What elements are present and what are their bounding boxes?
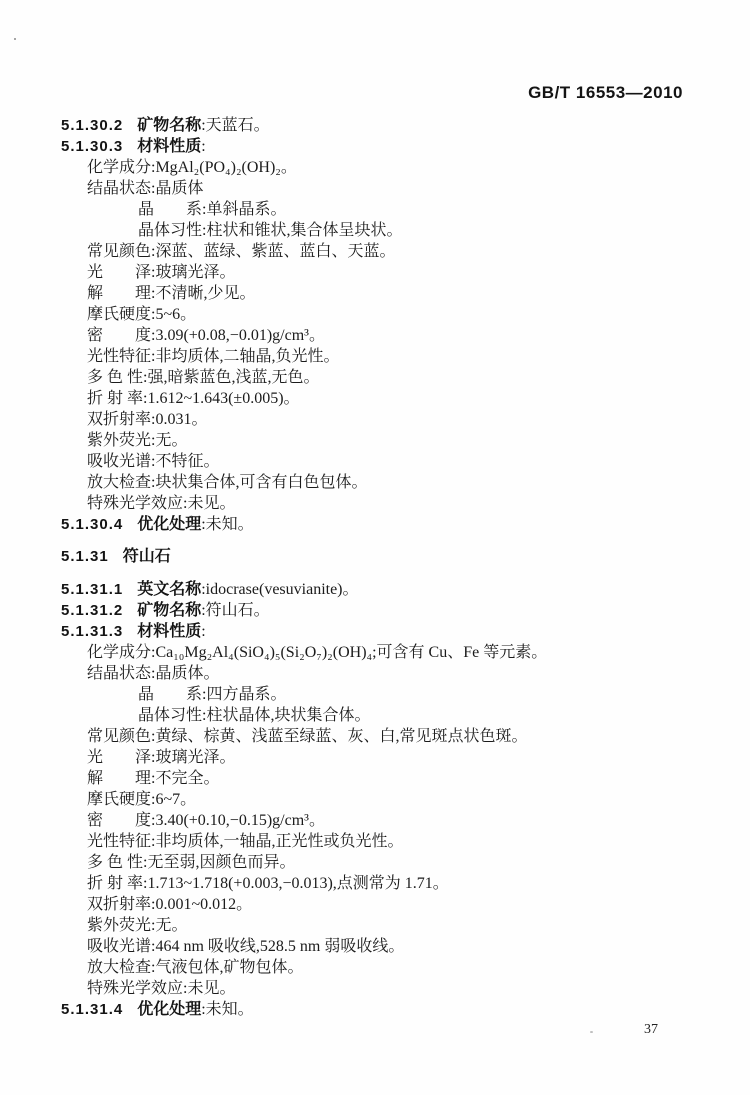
property-text: 双折射率:0.001~0.012。 [87, 896, 252, 913]
clause-title: 英文名称 [137, 581, 201, 598]
clause-title: 矿物名称 [137, 602, 201, 619]
clause-line: 5.1.31.2矿物名称:符山石。 [0, 600, 750, 621]
document-body: 5.1.30.2矿物名称:天蓝石。 5.1.30.3材料性质: 化学成分:MgA… [0, 115, 750, 1020]
clause-line: 5.1.30.4优化处理:未知。 [0, 514, 750, 535]
clause-text: :天蓝石。 [201, 117, 269, 134]
property-line: 结晶状态:晶质体 [0, 178, 750, 199]
property-line: 双折射率:0.001~0.012。 [0, 894, 750, 915]
property-text: 放大检查:气液包体,矿物包体。 [87, 959, 303, 976]
clause-text: : [201, 623, 205, 640]
property-line: 摩氏硬度:5~6。 [0, 304, 750, 325]
subproperty-line: 晶体习性:柱状晶体,块状集合体。 [0, 705, 750, 726]
property-line: 放大检查:块状集合体,可含有白色包体。 [0, 472, 750, 493]
property-line: 吸收光谱:不特征。 [0, 451, 750, 472]
page-number: 37 [644, 1022, 658, 1038]
clause-text: : [201, 138, 205, 155]
clause-title: 优化处理 [137, 516, 201, 533]
property-text: 折 射 率:1.612~1.643(±0.005)。 [87, 390, 300, 407]
property-line: 多 色 性:强,暗紫蓝色,浅蓝,无色。 [0, 367, 750, 388]
property-text: 晶体习性:柱状和锥状,集合体呈块状。 [138, 222, 402, 239]
property-text: 光性特征:非均质体,一轴晶,正光性或负光性。 [87, 833, 403, 850]
clause-number: 5.1.31.1 [61, 581, 123, 598]
property-line: 特殊光学效应:未见。 [0, 978, 750, 999]
standard-code: GB/T 16553—2010 [528, 83, 683, 103]
subproperty-line: 晶体习性:柱状和锥状,集合体呈块状。 [0, 220, 750, 241]
clause-text: :未知。 [201, 516, 253, 533]
scan-speck [590, 1031, 593, 1033]
property-text: 结晶状态:晶质体 [87, 180, 203, 197]
property-text: 晶 系:单斜晶系。 [138, 201, 286, 218]
property-text: 密 度:3.40(+0.10,−0.15)g/cm³。 [87, 812, 325, 829]
property-text: 吸收光谱:464 nm 吸收线,528.5 nm 弱吸收线。 [87, 938, 404, 955]
property-line: 摩氏硬度:6~7。 [0, 789, 750, 810]
property-line: 多 色 性:无至弱,因颜色而异。 [0, 852, 750, 873]
clause-number: 5.1.30.2 [61, 117, 123, 134]
clause-number: 5.1.31.2 [61, 602, 123, 619]
property-text: 化学成分:MgAl₂(PO₄)₂(OH)₂。 [87, 159, 297, 176]
property-line: 化学成分:MgAl₂(PO₄)₂(OH)₂。 [0, 157, 750, 178]
property-line: 常见颜色:深蓝、蓝绿、紫蓝、蓝白、天蓝。 [0, 241, 750, 262]
property-line: 双折射率:0.031。 [0, 409, 750, 430]
property-text: 双折射率:0.031。 [87, 411, 207, 428]
property-line: 化学成分:Ca₁₀Mg₂Al₄(SiO₄)₅(Si₂O₇)₂(OH)₄;可含有 … [0, 642, 750, 663]
property-text: 摩氏硬度:5~6。 [87, 306, 196, 323]
clause-line: 5.1.31.3材料性质: [0, 621, 750, 642]
property-line: 放大检查:气液包体,矿物包体。 [0, 957, 750, 978]
clause-text: :idocrase(vesuvianite)。 [201, 581, 358, 598]
clause-number: 5.1.30.4 [61, 516, 123, 533]
property-text: 特殊光学效应:未见。 [87, 980, 235, 997]
clause-number: 5.1.30.3 [61, 138, 123, 155]
property-text: 光 泽:玻璃光泽。 [87, 264, 235, 281]
clause-line: 5.1.30.2矿物名称:天蓝石。 [0, 115, 750, 136]
property-line: 解 理:不完全。 [0, 768, 750, 789]
property-line: 紫外荧光:无。 [0, 430, 750, 451]
property-line: 密 度:3.09(+0.08,−0.01)g/cm³。 [0, 325, 750, 346]
property-text: 常见颜色:黄绿、棕黄、浅蓝至绿蓝、灰、白,常见斑点状色斑。 [87, 728, 527, 745]
property-text: 紫外荧光:无。 [87, 432, 187, 449]
property-text: 多 色 性:无至弱,因颜色而异。 [87, 854, 295, 871]
section-heading: 5.1.31符山石 [0, 546, 750, 567]
property-text: 解 理:不清晰,少见。 [87, 285, 255, 302]
clause-title: 矿物名称 [137, 117, 201, 134]
property-line: 折 射 率:1.612~1.643(±0.005)。 [0, 388, 750, 409]
scan-speck [14, 38, 16, 40]
property-line: 解 理:不清晰,少见。 [0, 283, 750, 304]
property-text: 晶体习性:柱状晶体,块状集合体。 [138, 707, 370, 724]
clause-number: 5.1.31.3 [61, 623, 123, 640]
subproperty-line: 晶 系:单斜晶系。 [0, 199, 750, 220]
property-text: 放大检查:块状集合体,可含有白色包体。 [87, 474, 367, 491]
clause-text: :未知。 [201, 1001, 253, 1018]
property-line: 常见颜色:黄绿、棕黄、浅蓝至绿蓝、灰、白,常见斑点状色斑。 [0, 726, 750, 747]
property-text: 折 射 率:1.713~1.718(+0.003,−0.013),点测常为 1.… [87, 875, 449, 892]
clause-title: 优化处理 [137, 1001, 201, 1018]
property-text: 常见颜色:深蓝、蓝绿、紫蓝、蓝白、天蓝。 [87, 243, 395, 260]
clause-title: 材料性质 [137, 623, 201, 640]
property-line: 特殊光学效应:未见。 [0, 493, 750, 514]
subproperty-line: 晶 系:四方晶系。 [0, 684, 750, 705]
property-text: 结晶状态:晶质体。 [87, 665, 219, 682]
property-text: 光性特征:非均质体,二轴晶,负光性。 [87, 348, 339, 365]
document-page: GB/T 16553—2010 5.1.30.2矿物名称:天蓝石。 5.1.30… [0, 0, 750, 1095]
property-text: 密 度:3.09(+0.08,−0.01)g/cm³。 [87, 327, 325, 344]
property-line: 折 射 率:1.713~1.718(+0.003,−0.013),点测常为 1.… [0, 873, 750, 894]
property-text: 摩氏硬度:6~7。 [87, 791, 196, 808]
property-text: 特殊光学效应:未见。 [87, 495, 235, 512]
property-line: 结晶状态:晶质体。 [0, 663, 750, 684]
property-text: 光 泽:玻璃光泽。 [87, 749, 235, 766]
clause-number: 5.1.31.4 [61, 1001, 123, 1018]
clause-line: 5.1.31.4优化处理:未知。 [0, 999, 750, 1020]
clause-line: 5.1.31.1英文名称:idocrase(vesuvianite)。 [0, 579, 750, 600]
property-line: 密 度:3.40(+0.10,−0.15)g/cm³。 [0, 810, 750, 831]
property-text: 解 理:不完全。 [87, 770, 219, 787]
section-number: 5.1.31 [61, 548, 109, 565]
property-line: 光 泽:玻璃光泽。 [0, 262, 750, 283]
property-line: 光 泽:玻璃光泽。 [0, 747, 750, 768]
clause-line: 5.1.30.3材料性质: [0, 136, 750, 157]
property-line: 光性特征:非均质体,二轴晶,负光性。 [0, 346, 750, 367]
property-text: 晶 系:四方晶系。 [138, 686, 286, 703]
property-line: 吸收光谱:464 nm 吸收线,528.5 nm 弱吸收线。 [0, 936, 750, 957]
clause-title: 材料性质 [137, 138, 201, 155]
section-title: 符山石 [123, 548, 171, 565]
property-text: 吸收光谱:不特征。 [87, 453, 219, 470]
property-line: 光性特征:非均质体,一轴晶,正光性或负光性。 [0, 831, 750, 852]
property-text: 化学成分:Ca₁₀Mg₂Al₄(SiO₄)₅(Si₂O₇)₂(OH)₄;可含有 … [87, 644, 547, 661]
clause-text: :符山石。 [201, 602, 269, 619]
property-text: 紫外荧光:无。 [87, 917, 187, 934]
property-text: 多 色 性:强,暗紫蓝色,浅蓝,无色。 [87, 369, 319, 386]
property-line: 紫外荧光:无。 [0, 915, 750, 936]
